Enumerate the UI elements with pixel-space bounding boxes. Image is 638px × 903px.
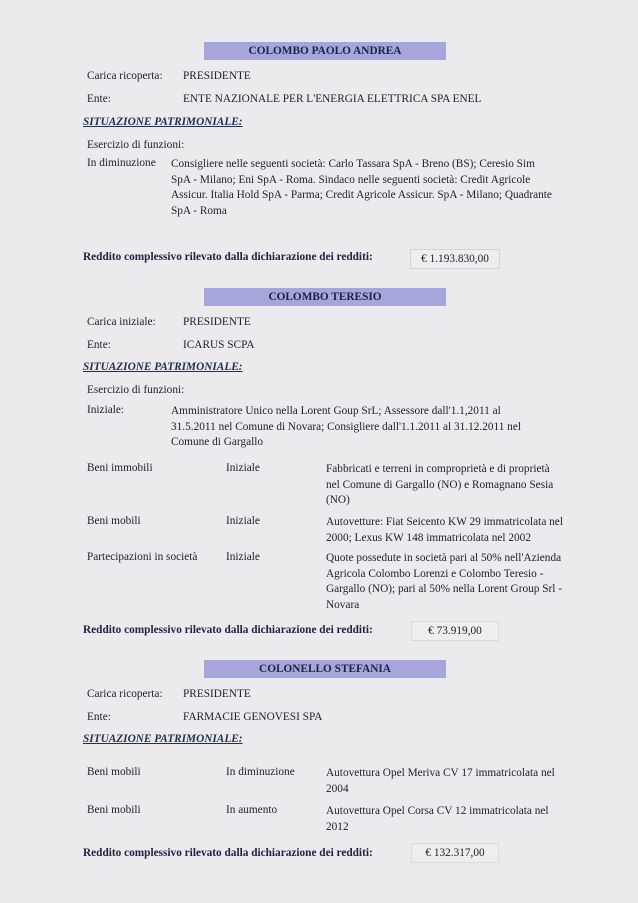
- ente-label: Ente:: [87, 339, 111, 351]
- asset-status: Iniziale: [226, 462, 260, 474]
- asset-description: Quote possedute in società pari al 50% n…: [326, 551, 566, 613]
- asset-category: Beni mobili: [87, 515, 141, 527]
- section-title: SITUAZIONE PATRIMONIALE:: [83, 361, 243, 373]
- ente-value: FARMACIE GENOVESI SPA: [183, 711, 322, 723]
- asset-description: Autovetture: Fiat Seicento KW 29 immatri…: [326, 515, 566, 546]
- asset-description: Autovettura Opel Corsa CV 12 immatricola…: [326, 804, 566, 835]
- income-value: € 132.317,00: [411, 843, 499, 863]
- functions-text: Amministratore Unico nella Lorent Goup S…: [171, 404, 546, 451]
- section-title: SITUAZIONE PATRIMONIALE:: [83, 733, 243, 745]
- role-label: Carica iniziale:: [87, 316, 156, 328]
- asset-description: Autovettura Opel Meriva CV 17 immatricol…: [326, 766, 566, 797]
- asset-category: Partecipazioni in società: [87, 551, 197, 563]
- asset-status: Iniziale: [226, 515, 260, 527]
- role-value: PRESIDENTE: [183, 688, 251, 700]
- income-label: Reddito complessivo rilevato dalla dichi…: [83, 624, 373, 636]
- person-name-header: COLOMBO PAOLO ANDREA: [204, 42, 446, 60]
- declaration-page: COLOMBO PAOLO ANDREA Carica ricoperta: P…: [0, 0, 638, 903]
- functions-text: Consigliere nelle seguenti società: Carl…: [171, 157, 556, 219]
- asset-status: In aumento: [226, 804, 277, 816]
- functions-type: In diminuzione: [87, 157, 156, 169]
- role-label: Carica ricoperta:: [87, 688, 163, 700]
- income-value: € 1.193.830,00: [410, 249, 500, 269]
- role-label: Carica ricoperta:: [87, 70, 163, 82]
- income-value: € 73.919,00: [411, 621, 499, 641]
- asset-status: Iniziale: [226, 551, 260, 563]
- ente-value: ENTE NAZIONALE PER L'ENERGIA ELETTRICA S…: [183, 93, 481, 105]
- functions-type: Iniziale:: [87, 404, 124, 416]
- asset-status: In diminuzione: [226, 766, 295, 778]
- person-name-header: COLONELLO STEFANIA: [204, 660, 446, 678]
- functions-label: Esercizio di funzioni:: [87, 139, 184, 151]
- income-label: Reddito complessivo rilevato dalla dichi…: [83, 251, 373, 263]
- ente-label: Ente:: [87, 711, 111, 723]
- role-value: PRESIDENTE: [183, 316, 251, 328]
- ente-value: ICARUS SCPA: [183, 339, 254, 351]
- role-value: PRESIDENTE: [183, 70, 251, 82]
- asset-category: Beni mobili: [87, 804, 141, 816]
- section-title: SITUAZIONE PATRIMONIALE:: [83, 116, 243, 128]
- functions-label: Esercizio di funzioni:: [87, 384, 184, 396]
- person-name-header: COLOMBO TERESIO: [204, 288, 446, 306]
- asset-category: Beni immobili: [87, 462, 153, 474]
- income-label: Reddito complessivo rilevato dalla dichi…: [83, 847, 373, 859]
- ente-label: Ente:: [87, 93, 111, 105]
- asset-category: Beni mobili: [87, 766, 141, 778]
- asset-description: Fabbricati e terreni in comproprietà e d…: [326, 462, 566, 509]
